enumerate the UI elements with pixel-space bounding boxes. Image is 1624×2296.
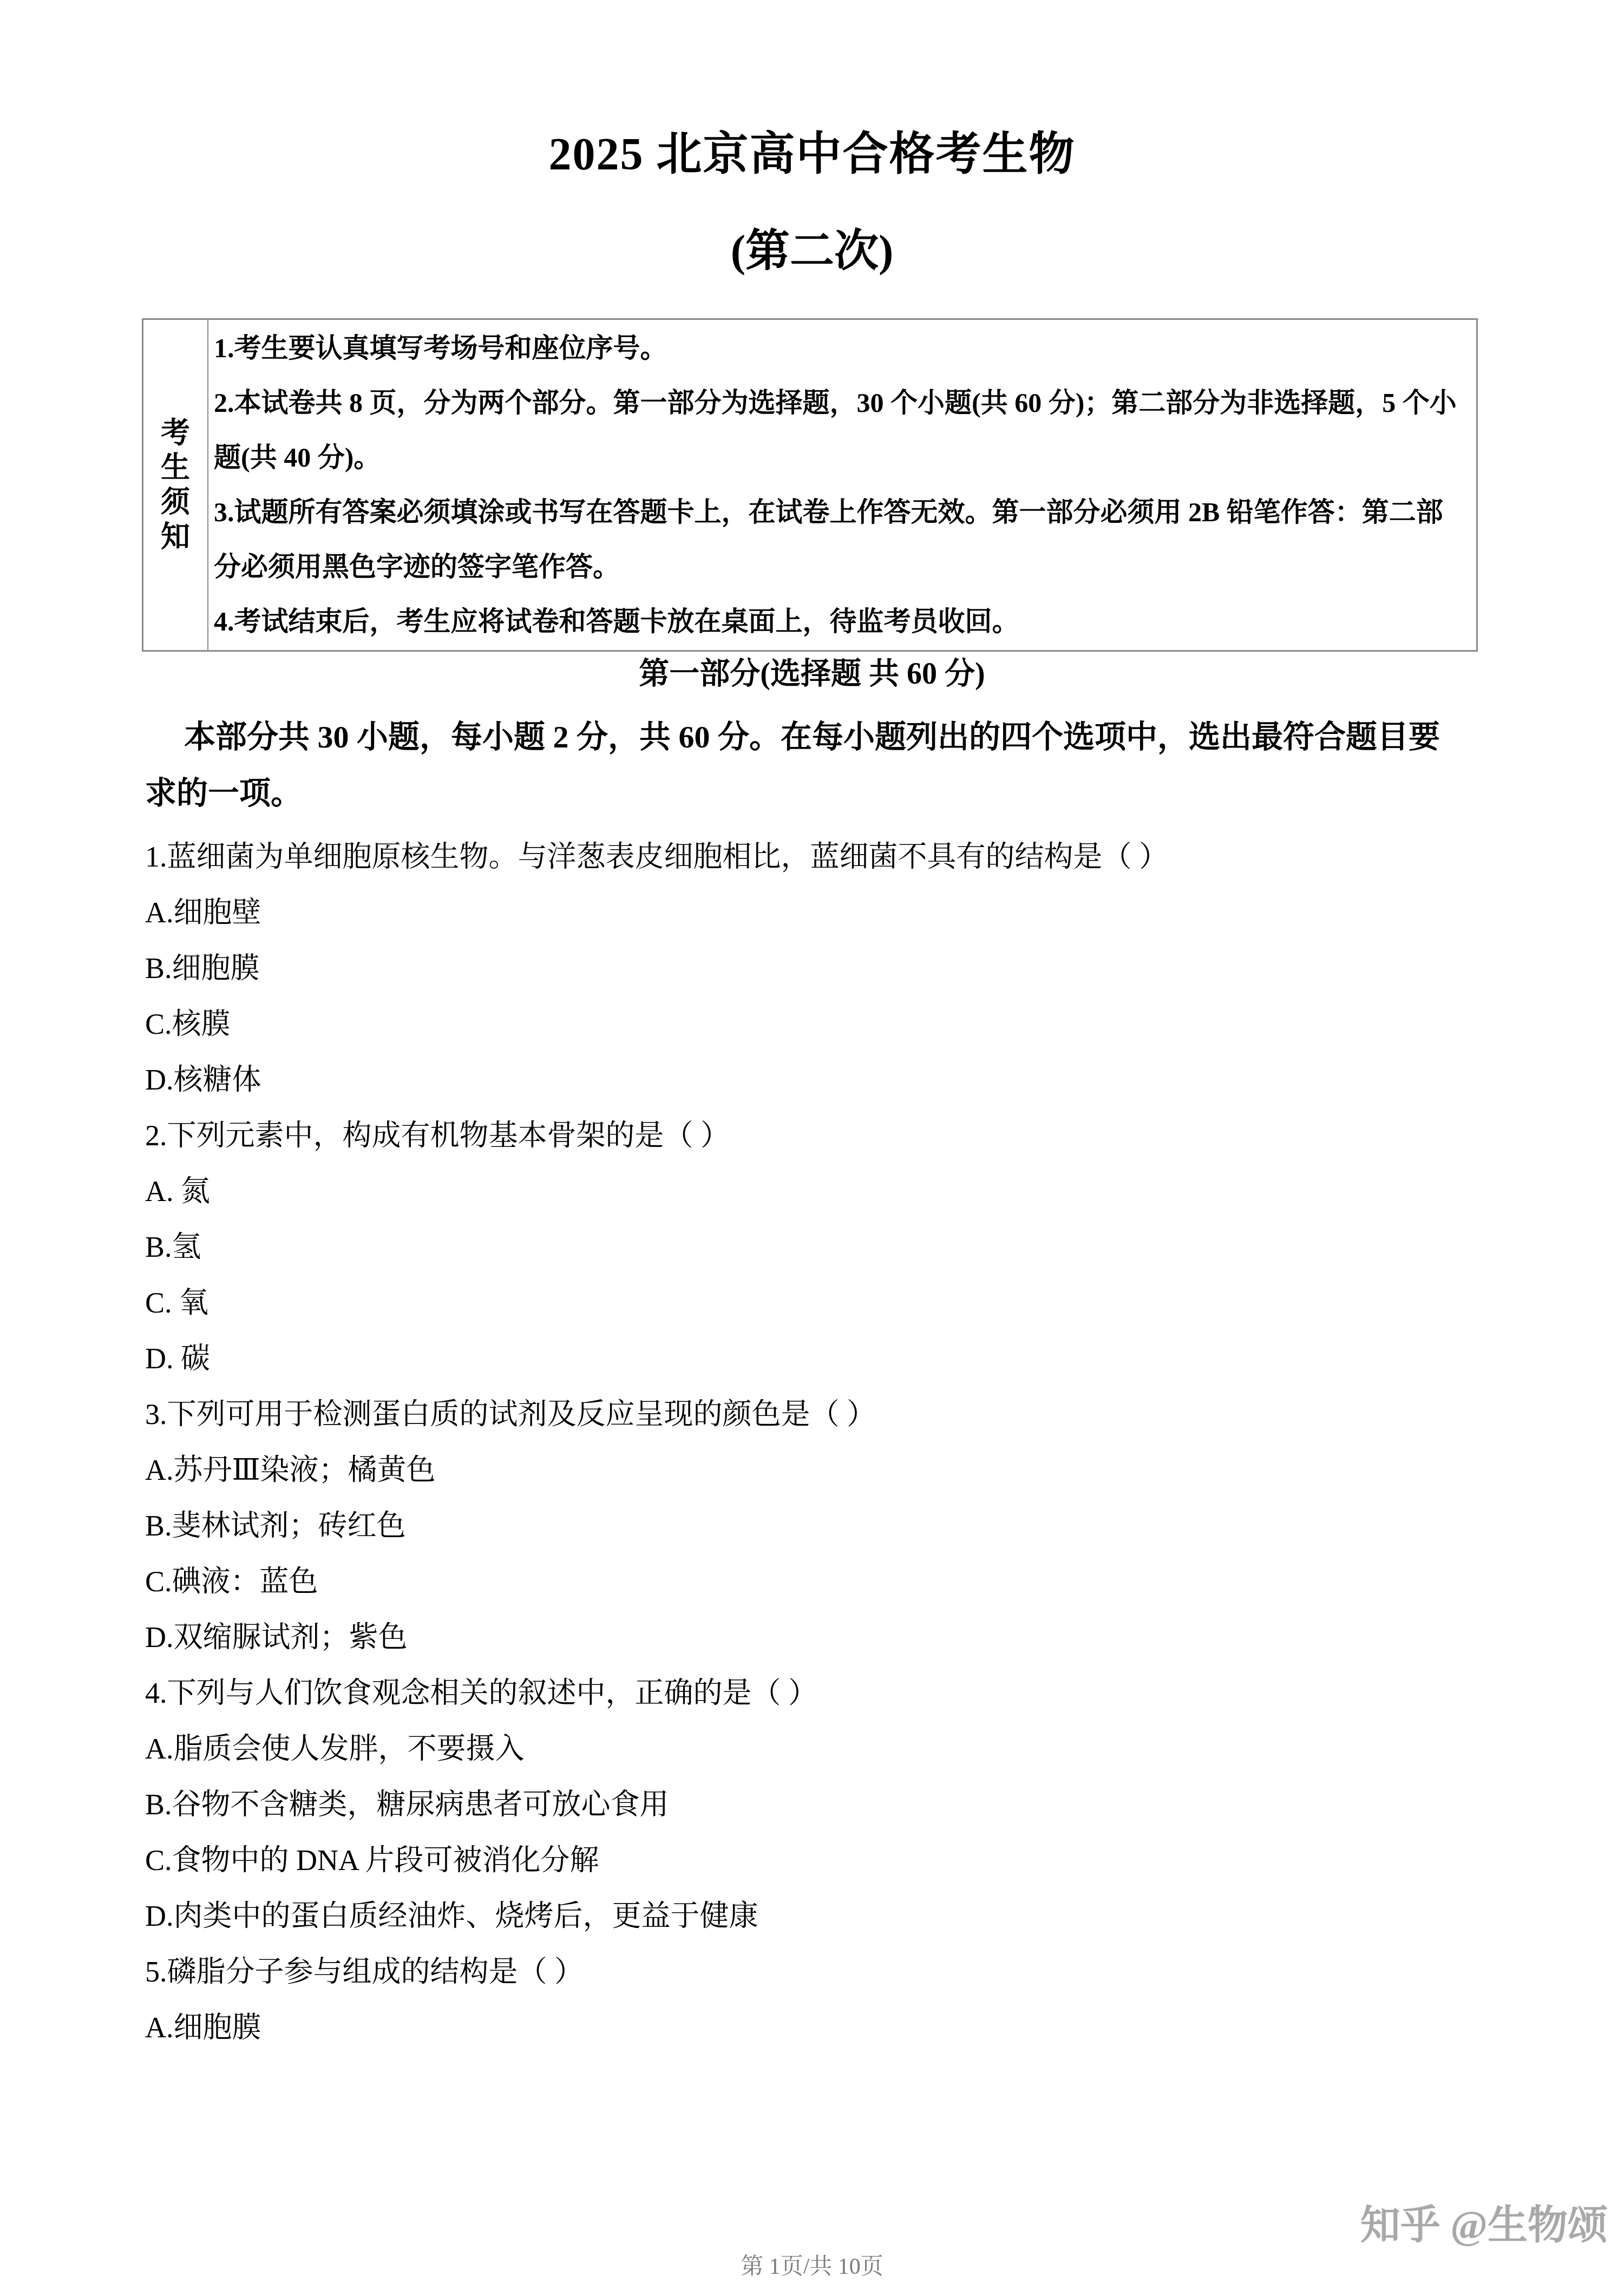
question-2-option-b: B.氢: [145, 1219, 1483, 1275]
question-1-option-b: B.细胞膜: [145, 941, 1483, 996]
question-2-stem: 2.下列元素中，构成有机物基本骨架的是（ ）: [145, 1108, 1483, 1164]
notice-items: 1.考生要认真填写考场号和座位序号。 2.本试卷共 8 页，分为两个部分。第一部…: [208, 320, 1476, 650]
page-number-indicator: 第 1页/共 10页: [0, 2252, 1624, 2282]
question-4-option-b: B.谷物不含糖类，糖尿病患者可放心食用: [145, 1777, 1483, 1833]
section-intro: 本部分共 30 小题，每小题 2 分，共 60 分。在每小题列出的四个选项中，选…: [145, 709, 1444, 822]
questions-list: 1.蓝细菌为单细胞原核生物。与洋葱表皮细胞相比，蓝细菌不具有的结构是（ ） A.…: [145, 829, 1483, 2056]
question-5-stem: 5.磷脂分子参与组成的结构是（ ）: [145, 1944, 1483, 2000]
question-3-stem: 3.下列可用于检测蛋白质的试剂及反应呈现的颜色是（ ）: [145, 1387, 1483, 1442]
page-title: 2025 北京高中合格考生物: [0, 130, 1624, 180]
question-3-option-a: A.苏丹Ⅲ染液；橘黄色: [145, 1442, 1483, 1498]
question-1-option-d: D.核糖体: [145, 1052, 1483, 1108]
section-header: 第一部分(选择题 共 60 分): [0, 658, 1624, 690]
question-3-option-d: D.双缩脲试剂；紫色: [145, 1610, 1483, 1665]
question-5: 5.磷脂分子参与组成的结构是（ ） A.细胞膜: [145, 1944, 1483, 2056]
question-4-option-d: D.肉类中的蛋白质经油炸、烧烤后，更益于健康: [145, 1888, 1483, 1944]
page-subtitle: (第二次): [0, 226, 1624, 276]
notice-label: 考生须知: [160, 416, 191, 554]
question-2-option-d: D. 碳: [145, 1331, 1483, 1387]
notice-item-3: 3.试题所有答案必须填涂或书写在答题卡上，在试卷上作答无效。第一部分必须用 2B…: [214, 485, 1463, 594]
question-1: 1.蓝细菌为单细胞原核生物。与洋葱表皮细胞相比，蓝细菌不具有的结构是（ ） A.…: [145, 829, 1483, 1108]
zhihu-watermark: 知乎 @生物颂: [1360, 2203, 1608, 2248]
question-4-option-a: A.脂质会使人发胖，不要摄入: [145, 1721, 1483, 1777]
question-4: 4.下列与人们饮食观念相关的叙述中，正确的是（ ） A.脂质会使人发胖，不要摄入…: [145, 1665, 1483, 1944]
examinee-notice-box: 考生须知 1.考生要认真填写考场号和座位序号。 2.本试卷共 8 页，分为两个部…: [142, 318, 1478, 652]
notice-item-1: 1.考生要认真填写考场号和座位序号。: [214, 321, 1463, 376]
question-1-option-c: C.核膜: [145, 996, 1483, 1052]
question-3-option-b: B.斐林试剂；砖红色: [145, 1498, 1483, 1554]
notice-label-cell: 考生须知: [143, 320, 208, 650]
question-4-option-c: C.食物中的 DNA 片段可被消化分解: [145, 1833, 1483, 1888]
question-2-option-c: C. 氧: [145, 1275, 1483, 1331]
notice-item-2: 2.本试卷共 8 页，分为两个部分。第一部分为选择题，30 个小题(共 60 分…: [214, 376, 1463, 485]
notice-item-4: 4.考试结束后，考生应将试卷和答题卡放在桌面上，待监考员收回。: [214, 594, 1463, 649]
question-2: 2.下列元素中，构成有机物基本骨架的是（ ） A. 氮 B.氢 C. 氧 D. …: [145, 1108, 1483, 1387]
question-1-option-a: A.细胞壁: [145, 885, 1483, 941]
question-4-stem: 4.下列与人们饮食观念相关的叙述中，正确的是（ ）: [145, 1665, 1483, 1721]
question-5-option-a: A.细胞膜: [145, 2000, 1483, 2056]
question-3-option-c: C.碘液：蓝色: [145, 1554, 1483, 1610]
question-1-stem: 1.蓝细菌为单细胞原核生物。与洋葱表皮细胞相比，蓝细菌不具有的结构是（ ）: [145, 829, 1483, 885]
question-3: 3.下列可用于检测蛋白质的试剂及反应呈现的颜色是（ ） A.苏丹Ⅲ染液；橘黄色 …: [145, 1387, 1483, 1665]
question-2-option-a: A. 氮: [145, 1164, 1483, 1219]
